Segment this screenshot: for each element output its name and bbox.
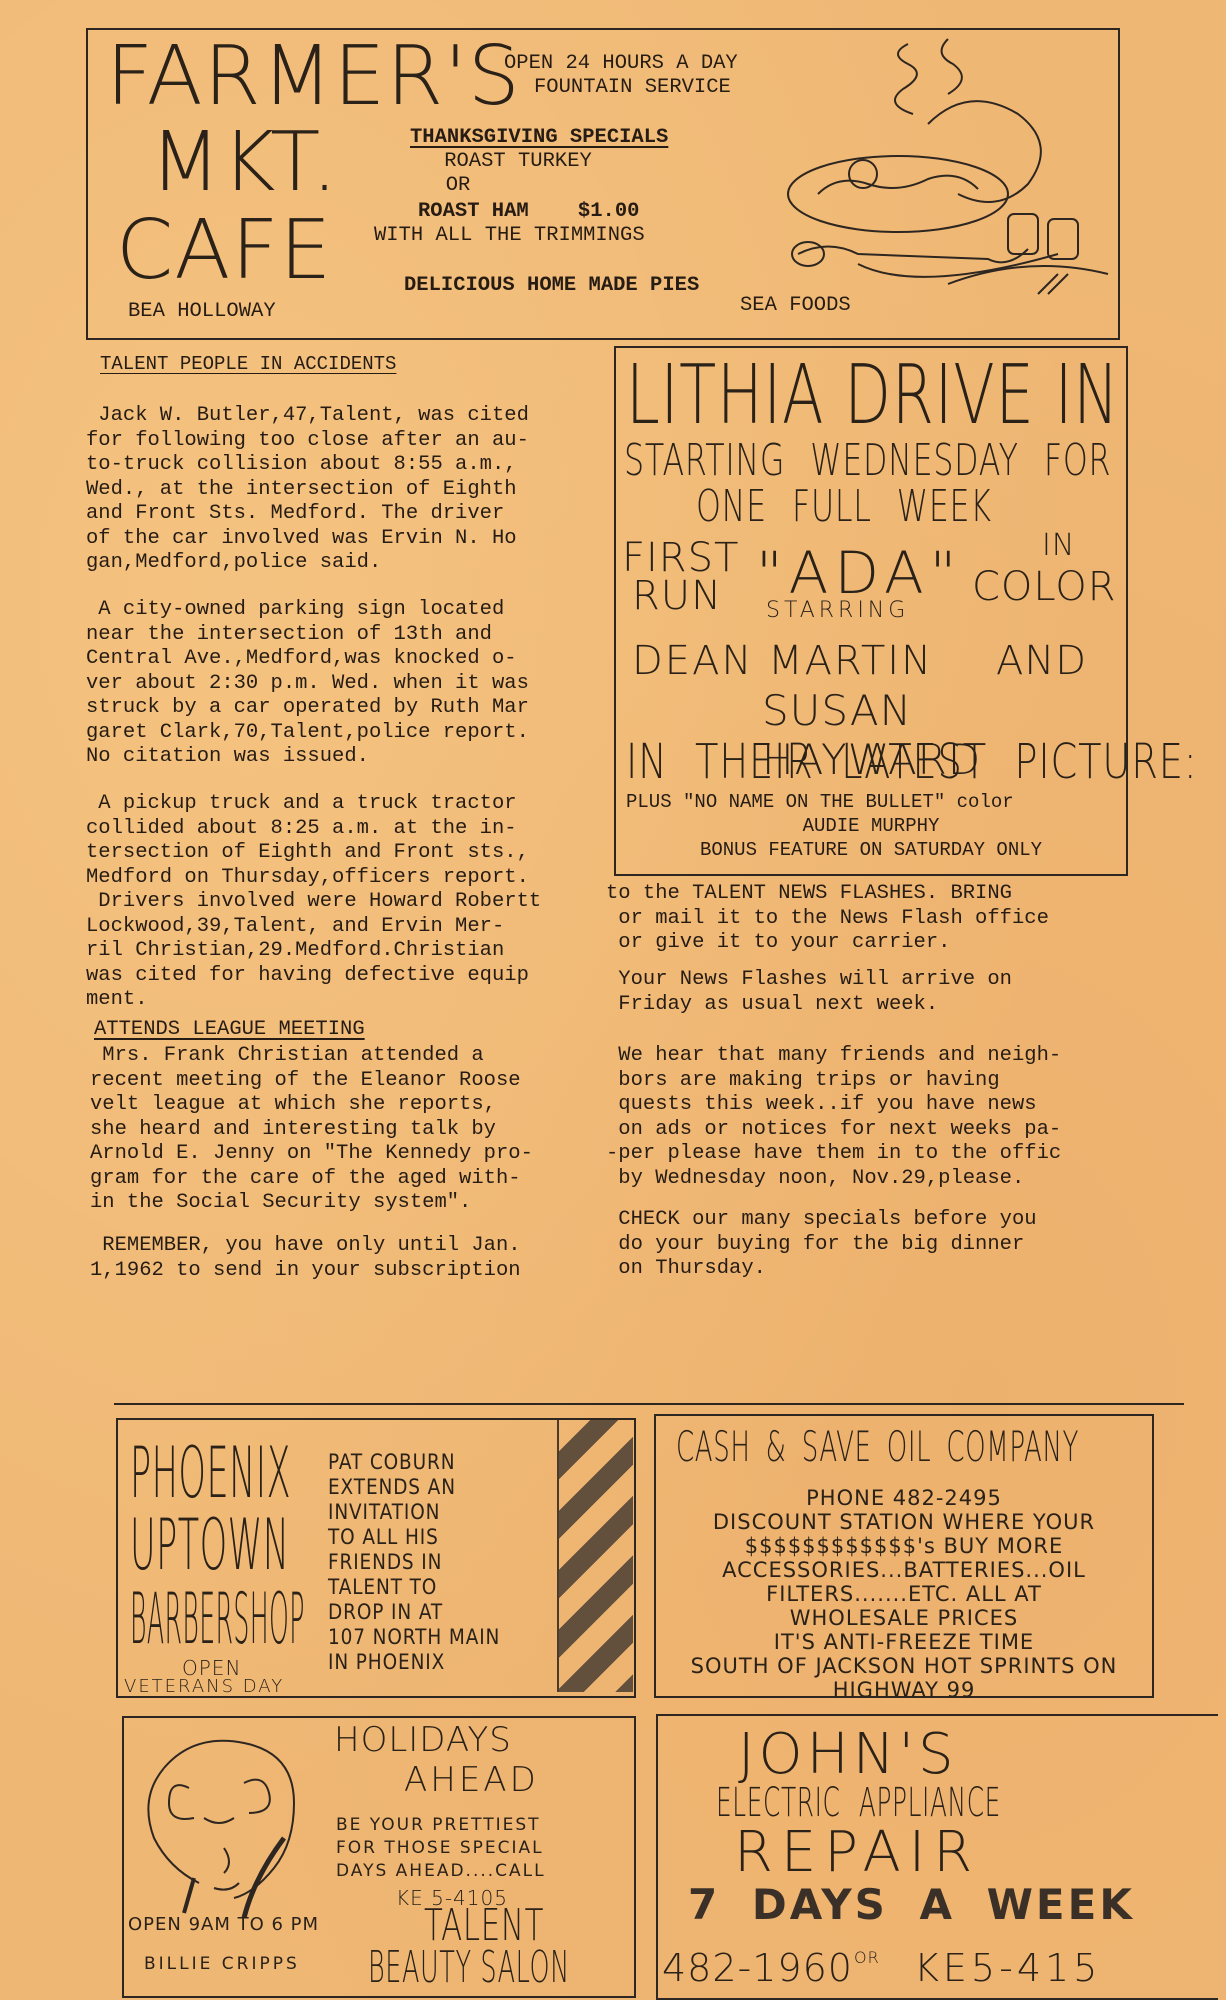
lithia-run: RUN: [632, 576, 722, 616]
salon-heading-2: AHEAD: [404, 1762, 539, 1798]
ad-section-rule: [114, 1403, 1184, 1405]
oil-company-ad: CASH & SAVE OIL COMPANY PHONE 482-2495 D…: [654, 1414, 1154, 1698]
oil-line: ACCESSORIES...BATTERIES...OIL: [656, 1558, 1152, 1582]
barber-open-day: VETERANS DAY: [124, 1676, 284, 1697]
cafe-hours: OPEN 24 HOURS A DAY: [504, 52, 738, 77]
repair-line-3: REPAIR: [734, 1824, 980, 1882]
barber-line: TO ALL HIS: [328, 1525, 500, 1550]
salon-name-2: BEAUTY SALON: [368, 1946, 570, 1990]
cafe-name-line-2: MKT.: [150, 122, 339, 204]
repair-line-4: 7 DAYS A WEEK: [688, 1882, 1135, 1928]
cafe-menu-4: WITH ALL THE TRIMMINGS: [374, 224, 645, 249]
repair-phone-1: 482-1960: [662, 1948, 853, 1988]
lithia-plus-star: AUDIE MURPHY: [616, 814, 1126, 839]
barber-line: PAT COBURN: [328, 1450, 500, 1475]
salon-line: DAYS AHEAD....CALL: [336, 1860, 546, 1883]
lithia-star-1: DEAN MARTIN: [632, 638, 933, 684]
barber-line: DROP IN AT: [328, 1600, 500, 1625]
salon-line: FOR THOSE SPECIAL: [336, 1837, 546, 1860]
oil-line: DISCOUNT STATION WHERE YOUR: [656, 1510, 1152, 1534]
lithia-first: FIRST: [622, 538, 739, 578]
accidents-paragraph-2: A city-owned parking sign located near t…: [86, 598, 529, 770]
news-check-paragraph: CHECK our many specials before you do yo…: [606, 1208, 1037, 1282]
cafe-name-line-1: FARMER'S: [106, 36, 521, 118]
lithia-color: COLOR: [972, 564, 1117, 610]
cafe-specials-heading: THANKSGIVING SPECIALS: [410, 126, 668, 151]
barber-line: TALENT TO: [328, 1575, 500, 1600]
oil-lines: DISCOUNT STATION WHERE YOUR $$$$$$$$$$$$…: [656, 1510, 1152, 1702]
lithia-plus: PLUS "NO NAME ON THE BULLET" color: [626, 790, 1014, 815]
salon-line: BE YOUR PRETTIEST: [336, 1814, 546, 1837]
lithia-title: LITHIA DRIVE IN: [626, 354, 1119, 438]
barber-name-1: PHOENIX: [130, 1438, 291, 1508]
lithia-in: IN: [1042, 528, 1075, 563]
oil-phone: PHONE 482-2495: [656, 1486, 1152, 1510]
lithia-drive-in-ad: LITHIA DRIVE IN STARTING WEDNESDAY FOR O…: [614, 346, 1128, 876]
barber-name-3: BARBERSHOP: [130, 1584, 305, 1654]
barber-pole-icon: [557, 1420, 633, 1692]
subscription-paragraph: REMEMBER, you have only until Jan. 1,196…: [90, 1234, 521, 1283]
barber-line: INVITATION: [328, 1500, 500, 1525]
oil-line: SOUTH OF JACKSON HOT SPRINTS ON: [656, 1654, 1152, 1678]
barber-invite: PAT COBURN EXTENDS AN INVITATION TO ALL …: [328, 1450, 500, 1675]
lithia-starting: STARTING WEDNESDAY FOR: [624, 438, 1111, 484]
beauty-salon-ad: HOLIDAYS AHEAD BE YOUR PRETTIEST FOR THO…: [122, 1716, 636, 1998]
repair-or: OR: [854, 1948, 880, 1967]
lithia-tagline: IN THEIR LATEST PICTURE:: [626, 734, 1198, 790]
lithia-bonus: BONUS FEATURE ON SATURDAY ONLY: [616, 838, 1126, 863]
turkey-dinner-platter-icon: [778, 34, 1118, 334]
news-guests-paragraph: We hear that many friends and neigh- bor…: [606, 1044, 1061, 1191]
oil-line: FILTERS.......ETC. ALL AT: [656, 1582, 1152, 1606]
league-paragraph: Mrs. Frank Christian attended a recent m…: [90, 1044, 533, 1216]
cafe-menu-3: ROAST HAM $1.00: [418, 200, 639, 225]
barber-line: IN PHOENIX: [328, 1650, 500, 1675]
salon-owner: BILLIE CRIPPS: [144, 1954, 300, 1974]
cafe-service: FOUNTAIN SERVICE: [534, 76, 731, 101]
barber-name-2: UPTOWN: [130, 1510, 289, 1580]
repair-line-2: ELECTRIC APPLIANCE: [716, 1782, 1001, 1824]
lithia-movie-title: "ADA": [756, 544, 962, 602]
lithia-and: AND: [996, 638, 1087, 684]
league-heading: ATTENDS LEAGUE MEETING: [94, 1018, 365, 1043]
oil-title: CASH & SAVE OIL COMPANY: [676, 1424, 1079, 1470]
oil-line: HIGHWAY 99: [656, 1678, 1152, 1702]
accidents-paragraph-1: Jack W. Butler,47,Talent, was cited for …: [86, 404, 529, 576]
cafe-owner: BEA HOLLOWAY: [128, 300, 276, 325]
accidents-paragraph-3: A pickup truck and a truck tractor colli…: [86, 792, 541, 1013]
news-submit-paragraph: to the TALENT NEWS FLASHES. BRING or mai…: [606, 882, 1049, 956]
oil-line: WHOLESALE PRICES: [656, 1606, 1152, 1630]
news-arrival-paragraph: Your News Flashes will arrive on Friday …: [606, 968, 1012, 1017]
lithia-full-week: ONE FULL WEEK: [696, 484, 992, 530]
cafe-name-line-3: CAFE: [116, 210, 332, 292]
barber-line: EXTENDS AN: [328, 1475, 500, 1500]
cafe-menu-2: OR: [378, 174, 538, 199]
woman-portrait-icon: [134, 1728, 314, 1918]
salon-heading-1: HOLIDAYS: [334, 1722, 512, 1758]
appliance-repair-ad: JOHN'S ELECTRIC APPLIANCE REPAIR 7 DAYS …: [656, 1714, 1218, 2000]
cafe-menu-1: ROAST TURKEY: [378, 150, 658, 175]
barber-line: 107 NORTH MAIN: [328, 1625, 500, 1650]
accidents-heading: TALENT PEOPLE IN ACCIDENTS: [100, 352, 396, 377]
barber-line: FRIENDS IN: [328, 1550, 500, 1575]
salon-body: BE YOUR PRETTIEST FOR THOSE SPECIAL DAYS…: [336, 1814, 546, 1883]
cafe-ad: FARMER'S MKT. CAFE BEA HOLLOWAY OPEN 24 …: [86, 28, 1120, 340]
oil-line: IT'S ANTI-FREEZE TIME: [656, 1630, 1152, 1654]
salon-hours: OPEN 9AM TO 6 PM: [128, 1914, 319, 1935]
oil-line: $$$$$$$$$$$$'s BUY MORE: [656, 1534, 1152, 1558]
repair-phone-2: KE5-415: [914, 1948, 1101, 1988]
repair-name: JOHN'S: [738, 1726, 958, 1784]
cafe-pies: DELICIOUS HOME MADE PIES: [404, 274, 699, 299]
lithia-starring: STARRING: [766, 598, 909, 623]
